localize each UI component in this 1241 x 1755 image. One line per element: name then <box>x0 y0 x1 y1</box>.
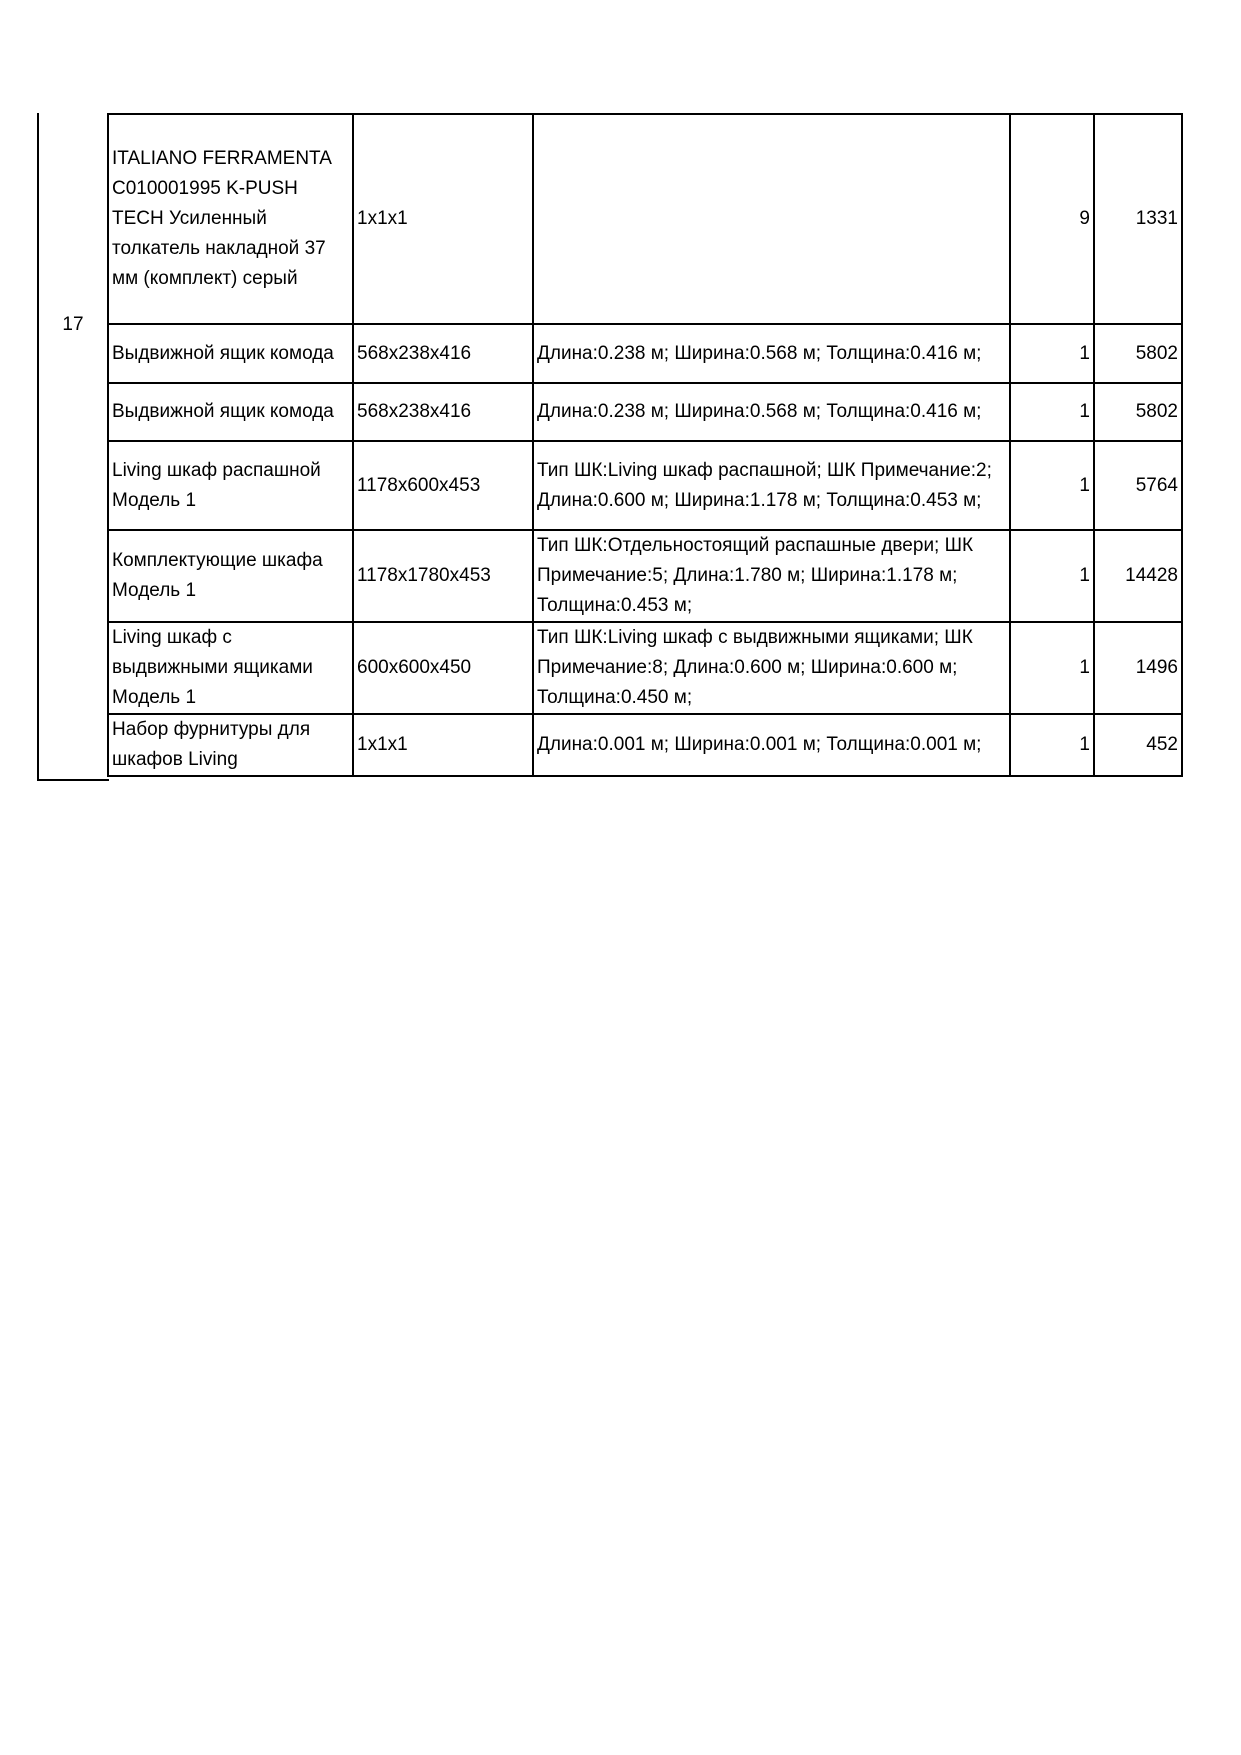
item-description: Тип ШК:Отдельностоящий распашные двери; … <box>533 530 1010 622</box>
table-row: Набор фурнитуры для шкафов Living 1x1x1 … <box>108 714 1182 776</box>
item-price: 14428 <box>1094 530 1182 622</box>
item-price: 1331 <box>1094 114 1182 324</box>
item-name: Выдвижной ящик комода <box>108 383 353 441</box>
item-quantity: 1 <box>1010 530 1094 622</box>
table-row: Living шкаф распашной Модель 1 1178x600x… <box>108 441 1182 530</box>
item-quantity: 1 <box>1010 324 1094 383</box>
item-name: Выдвижной ящик комода <box>108 324 353 383</box>
item-description <box>533 114 1010 324</box>
item-price: 5764 <box>1094 441 1182 530</box>
table-row: Выдвижной ящик комода 568x238x416 Длина:… <box>108 383 1182 441</box>
item-dimensions: 1x1x1 <box>353 714 533 776</box>
document-page: 17 ITALIANO FERRAMENTA C010001995 K-PUSH… <box>0 0 1241 1755</box>
item-name: Living шкаф распашной Модель 1 <box>108 441 353 530</box>
item-dimensions: 1178x600x453 <box>353 441 533 530</box>
item-price: 5802 <box>1094 324 1182 383</box>
item-description: Длина:0.001 м; Ширина:0.001 м; Толщина:0… <box>533 714 1010 776</box>
item-name: Комплектующие шкафа Модель 1 <box>108 530 353 622</box>
table-row: Выдвижной ящик комода 568x238x416 Длина:… <box>108 324 1182 383</box>
item-price: 5802 <box>1094 383 1182 441</box>
table-row: ITALIANO FERRAMENTA C010001995 K-PUSH TE… <box>108 114 1182 324</box>
item-quantity: 1 <box>1010 622 1094 714</box>
group-number: 17 <box>39 310 107 340</box>
item-quantity: 1 <box>1010 714 1094 776</box>
item-price: 452 <box>1094 714 1182 776</box>
group-left-border <box>37 113 39 781</box>
item-name: Living шкаф с выдвижными ящиками Модель … <box>108 622 353 714</box>
item-quantity: 9 <box>1010 114 1094 324</box>
table-row: Living шкаф с выдвижными ящиками Модель … <box>108 622 1182 714</box>
item-description: Длина:0.238 м; Ширина:0.568 м; Толщина:0… <box>533 383 1010 441</box>
table-row: Комплектующие шкафа Модель 1 1178x1780x4… <box>108 530 1182 622</box>
item-description: Тип ШК:Living шкаф распашной; ШК Примеча… <box>533 441 1010 530</box>
item-description: Длина:0.238 м; Ширина:0.568 м; Толщина:0… <box>533 324 1010 383</box>
item-dimensions: 568x238x416 <box>353 324 533 383</box>
specification-table: ITALIANO FERRAMENTA C010001995 K-PUSH TE… <box>107 113 1183 777</box>
item-description: Тип ШК:Living шкаф с выдвижными ящиками;… <box>533 622 1010 714</box>
item-dimensions: 568x238x416 <box>353 383 533 441</box>
item-name: ITALIANO FERRAMENTA C010001995 K-PUSH TE… <box>108 114 353 324</box>
item-quantity: 1 <box>1010 383 1094 441</box>
item-dimensions: 1178x1780x453 <box>353 530 533 622</box>
item-name: Набор фурнитуры для шкафов Living <box>108 714 353 776</box>
item-dimensions: 600x600x450 <box>353 622 533 714</box>
item-quantity: 1 <box>1010 441 1094 530</box>
item-price: 1496 <box>1094 622 1182 714</box>
group-bottom-border <box>37 779 109 781</box>
item-dimensions: 1x1x1 <box>353 114 533 324</box>
